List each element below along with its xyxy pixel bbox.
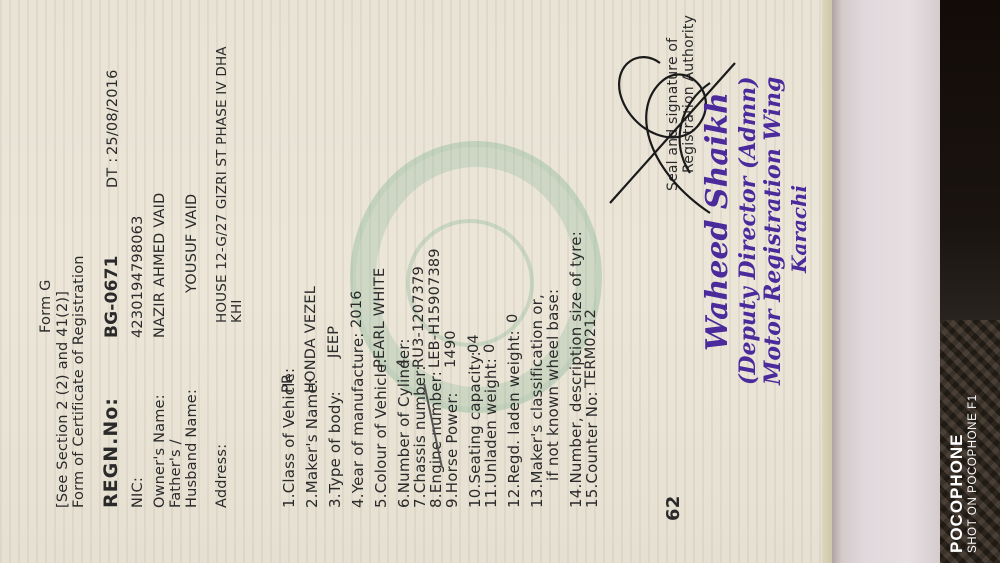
serial-number: 62	[663, 496, 684, 521]
camera-brand: POCOPHONE	[947, 433, 967, 553]
field-value: JEEP	[326, 326, 342, 358]
registration-certificate-paper: Form G [See Section 2 (2) and 41(2)] For…	[0, 0, 832, 563]
form-title: Form of Certificate of Registration	[71, 255, 87, 508]
address-line2: KHI	[229, 299, 245, 323]
field-value: TERM0212	[583, 309, 599, 388]
field-label: 12.Regd. laden weight:	[505, 330, 523, 508]
stamp-officer-name: Waheed Shaikh	[700, 92, 735, 351]
nic-value: 4230194798063	[130, 215, 146, 338]
father-name-value: YOUSUF VAID	[184, 194, 200, 293]
camera-shot-on: SHOT ON POCOPHONE F1	[967, 394, 979, 553]
field-value: RU3-1207379	[411, 266, 427, 368]
address-label: Address:	[214, 444, 230, 508]
father-name-label-line1: Father's /	[168, 439, 184, 508]
regn-value: BG-0671	[102, 255, 122, 338]
field-label: 2.Maker's Name:	[303, 379, 321, 508]
owner-name-label: Owner's Name:	[152, 394, 168, 508]
field-label: 3.Type of body:	[326, 391, 344, 508]
form-name: Form G	[38, 279, 54, 333]
father-name-label-line2: Husband Name:	[184, 389, 200, 508]
field-label: 4.Year of manufacture:	[349, 332, 367, 508]
nic-label: NIC:	[130, 477, 146, 508]
field-value: 04	[466, 334, 482, 353]
field-label: 15.Counter No:	[583, 391, 601, 508]
document-content: Form G [See Section 2 (2) and 41(2)] For…	[0, 0, 832, 563]
field-label: 5.Colour of Vehicle:	[372, 358, 390, 508]
owner-name-value: NAZIR AHMED VAID	[152, 193, 168, 338]
field-value: PR	[280, 374, 296, 393]
field-value: LEB-H15907389	[427, 248, 443, 368]
form-section: [See Section 2 (2) and 41(2)]	[55, 291, 71, 508]
stamp-city: Karachi	[787, 185, 811, 273]
white-envelope-edge	[832, 0, 940, 563]
field-value: 0	[482, 344, 498, 353]
regn-label: REGN.No:	[100, 397, 122, 508]
camera-watermark: POCOPHONE SHOT ON POCOPHONE F1	[945, 330, 1000, 563]
field-value: 4	[395, 359, 411, 368]
date-value: 25/08/2016	[105, 69, 121, 155]
field-value: 2016	[349, 290, 365, 328]
field-value: PEARL WHITE	[372, 268, 388, 368]
stamp-designation: (Deputy Director (Admn)	[735, 76, 761, 385]
address-line1: HOUSE 12-G/27 GIZRI ST PHASE IV DHA	[214, 46, 230, 323]
field-value: 0	[505, 314, 521, 323]
field-value: HONDA VEZEL	[303, 286, 319, 393]
field-label: 9.Horse Power:	[443, 392, 461, 508]
date-label: DT :	[105, 158, 121, 188]
field-value: 1490	[443, 330, 459, 368]
field-label: if not known wheel base:	[544, 289, 562, 481]
field-label: 11.Unladen weight:	[482, 358, 500, 508]
stamp-office: Motor Registration Wing	[760, 77, 786, 385]
